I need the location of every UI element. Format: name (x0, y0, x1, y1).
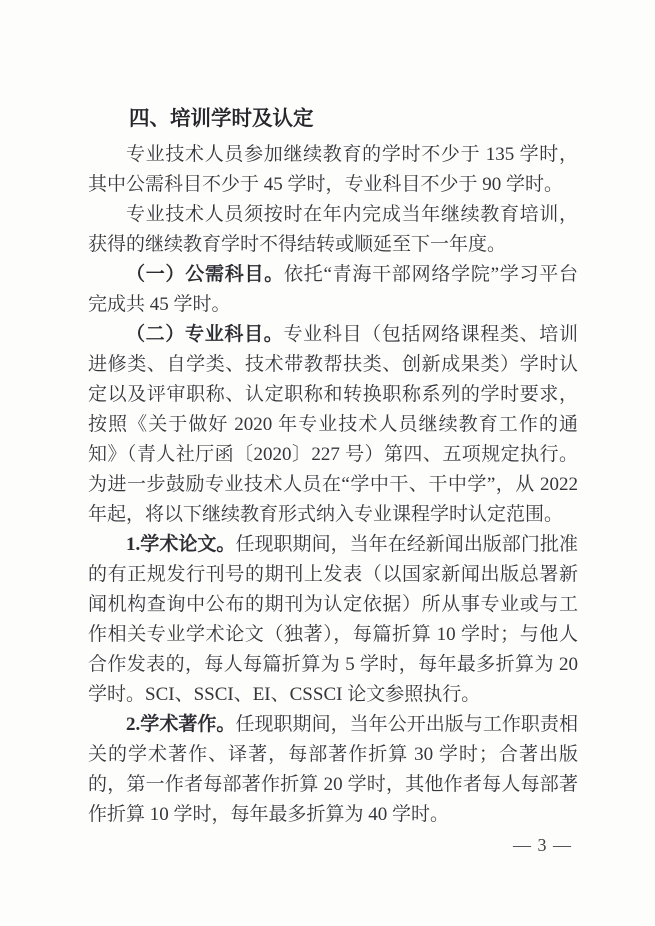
paragraph-2: 专业技术人员须按时在年内完成当年继续教育培训，获得的继续教育学时不得结转或顺延至… (88, 200, 578, 260)
section-heading: 四、培训学时及认定 (88, 104, 578, 134)
paragraph-1-text: 专业技术人员参加继续教育的学时不少于 135 学时，其中公需科目不少于 45 学… (88, 144, 578, 195)
paragraph-academic-works: 2.学术著作。任现职期间，当年公开出版与工作职责相关的学术著作、译著，每部著作折… (88, 710, 578, 830)
paragraph-1: 专业技术人员参加继续教育的学时不少于 135 学时，其中公需科目不少于 45 学… (88, 140, 578, 200)
paragraph-academic-works-lead: 2.学术著作。 (126, 714, 235, 735)
paragraph-public-subjects: （一）公需科目。依托“青海干部网络学院”学习平台完成共 45 学时。 (88, 260, 578, 320)
paragraph-2-text: 专业技术人员须按时在年内完成当年继续教育培训，获得的继续教育学时不得结转或顺延至… (88, 204, 578, 255)
document-page: 四、培训学时及认定 专业技术人员参加继续教育的学时不少于 135 学时，其中公需… (0, 0, 655, 926)
paragraph-professional-subjects-lead: （二）专业科目。 (126, 324, 283, 345)
paragraph-professional-subjects-text: 专业科目（包括网络课程类、培训进修类、自学类、技术带教帮扶类、创新成果类）学时认… (88, 324, 578, 525)
document-body: 四、培训学时及认定 专业技术人员参加继续教育的学时不少于 135 学时，其中公需… (88, 104, 578, 830)
paragraph-professional-subjects: （二）专业科目。专业科目（包括网络课程类、培训进修类、自学类、技术带教帮扶类、创… (88, 320, 578, 530)
paragraph-academic-papers-lead: 1.学术论文。 (126, 534, 235, 555)
paragraph-academic-papers-text: 任现职期间，当年在经新闻出版部门批准的有正规发行刊号的期刊上发表（以国家新闻出版… (88, 534, 578, 705)
paragraph-public-subjects-lead: （一）公需科目。 (126, 264, 284, 285)
paragraph-academic-papers: 1.学术论文。任现职期间，当年在经新闻出版部门批准的有正规发行刊号的期刊上发表（… (88, 530, 578, 710)
page-number: — 3 — (505, 835, 580, 856)
